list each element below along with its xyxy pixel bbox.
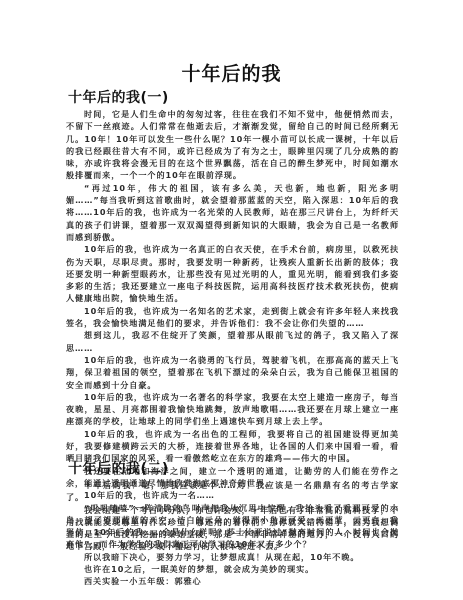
section-2-body: 十年后的我？嗯，那我应该是个……对！我应该是一名鼎鼎有名的考古学家了。 我会组建… xyxy=(66,479,399,553)
author-line: 西关实验一小五年级：郭雅心 xyxy=(66,575,399,587)
paragraph: 10年后的我，也许成为一名骁勇的飞行员，驾驶着飞机，在那高高的蓝天上飞翔，保卫着… xyxy=(66,354,399,391)
paragraph: 想到这儿，我忍不住绽开了笑颜，望着那从眼前飞过的鸽子，我又陷入了深思…… xyxy=(66,329,399,354)
paragraph: 10年后的我，也许成为一名真正的白衣天使，在手术台前，病房里，以救死扶伤为天职，… xyxy=(66,243,399,304)
paragraph: 10年后的我，也许成为一名知名的艺术家，走到街上就会有许多年轻人来找我签名，我会… xyxy=(66,305,399,330)
paragraph: 10年后的我，也许成为一名著名的科学家，我要在太空上建造一座房子，每当夜晚，星星… xyxy=(66,391,399,428)
document-page: 十年后的我 十年后的我(一) 时间，它是人们生命中的匆匆过客，往往在我们不知不觉… xyxy=(0,0,463,600)
paragraph: 我会组建一个考古小分队，你也许会笑，十年后已有了非常高的高科技了，不用找就能发现… xyxy=(66,504,399,553)
section-heading-1: 十年后的我(一) xyxy=(68,89,169,107)
paragraph: “再过10年，伟大的祖国，该有多么美，天也新，地也新，阳光多明媚……”每当我听到… xyxy=(66,182,399,243)
document-title: 十年后的我 xyxy=(0,62,463,86)
paragraph: 十年后的我？嗯，那我应该是个……对！我应该是一名鼎鼎有名的考古学家了。 xyxy=(66,479,399,504)
section-heading-2: 十年后的我(二) xyxy=(68,460,169,478)
paragraph: 也许在10之后，一眠美好的梦想，就会成为美妙的现实。 xyxy=(66,563,399,575)
paragraph: 时间，它是人们生命中的匆匆过客，往往在我们不知不觉中，他便悄然而去，不留下一丝痕… xyxy=(66,108,399,182)
